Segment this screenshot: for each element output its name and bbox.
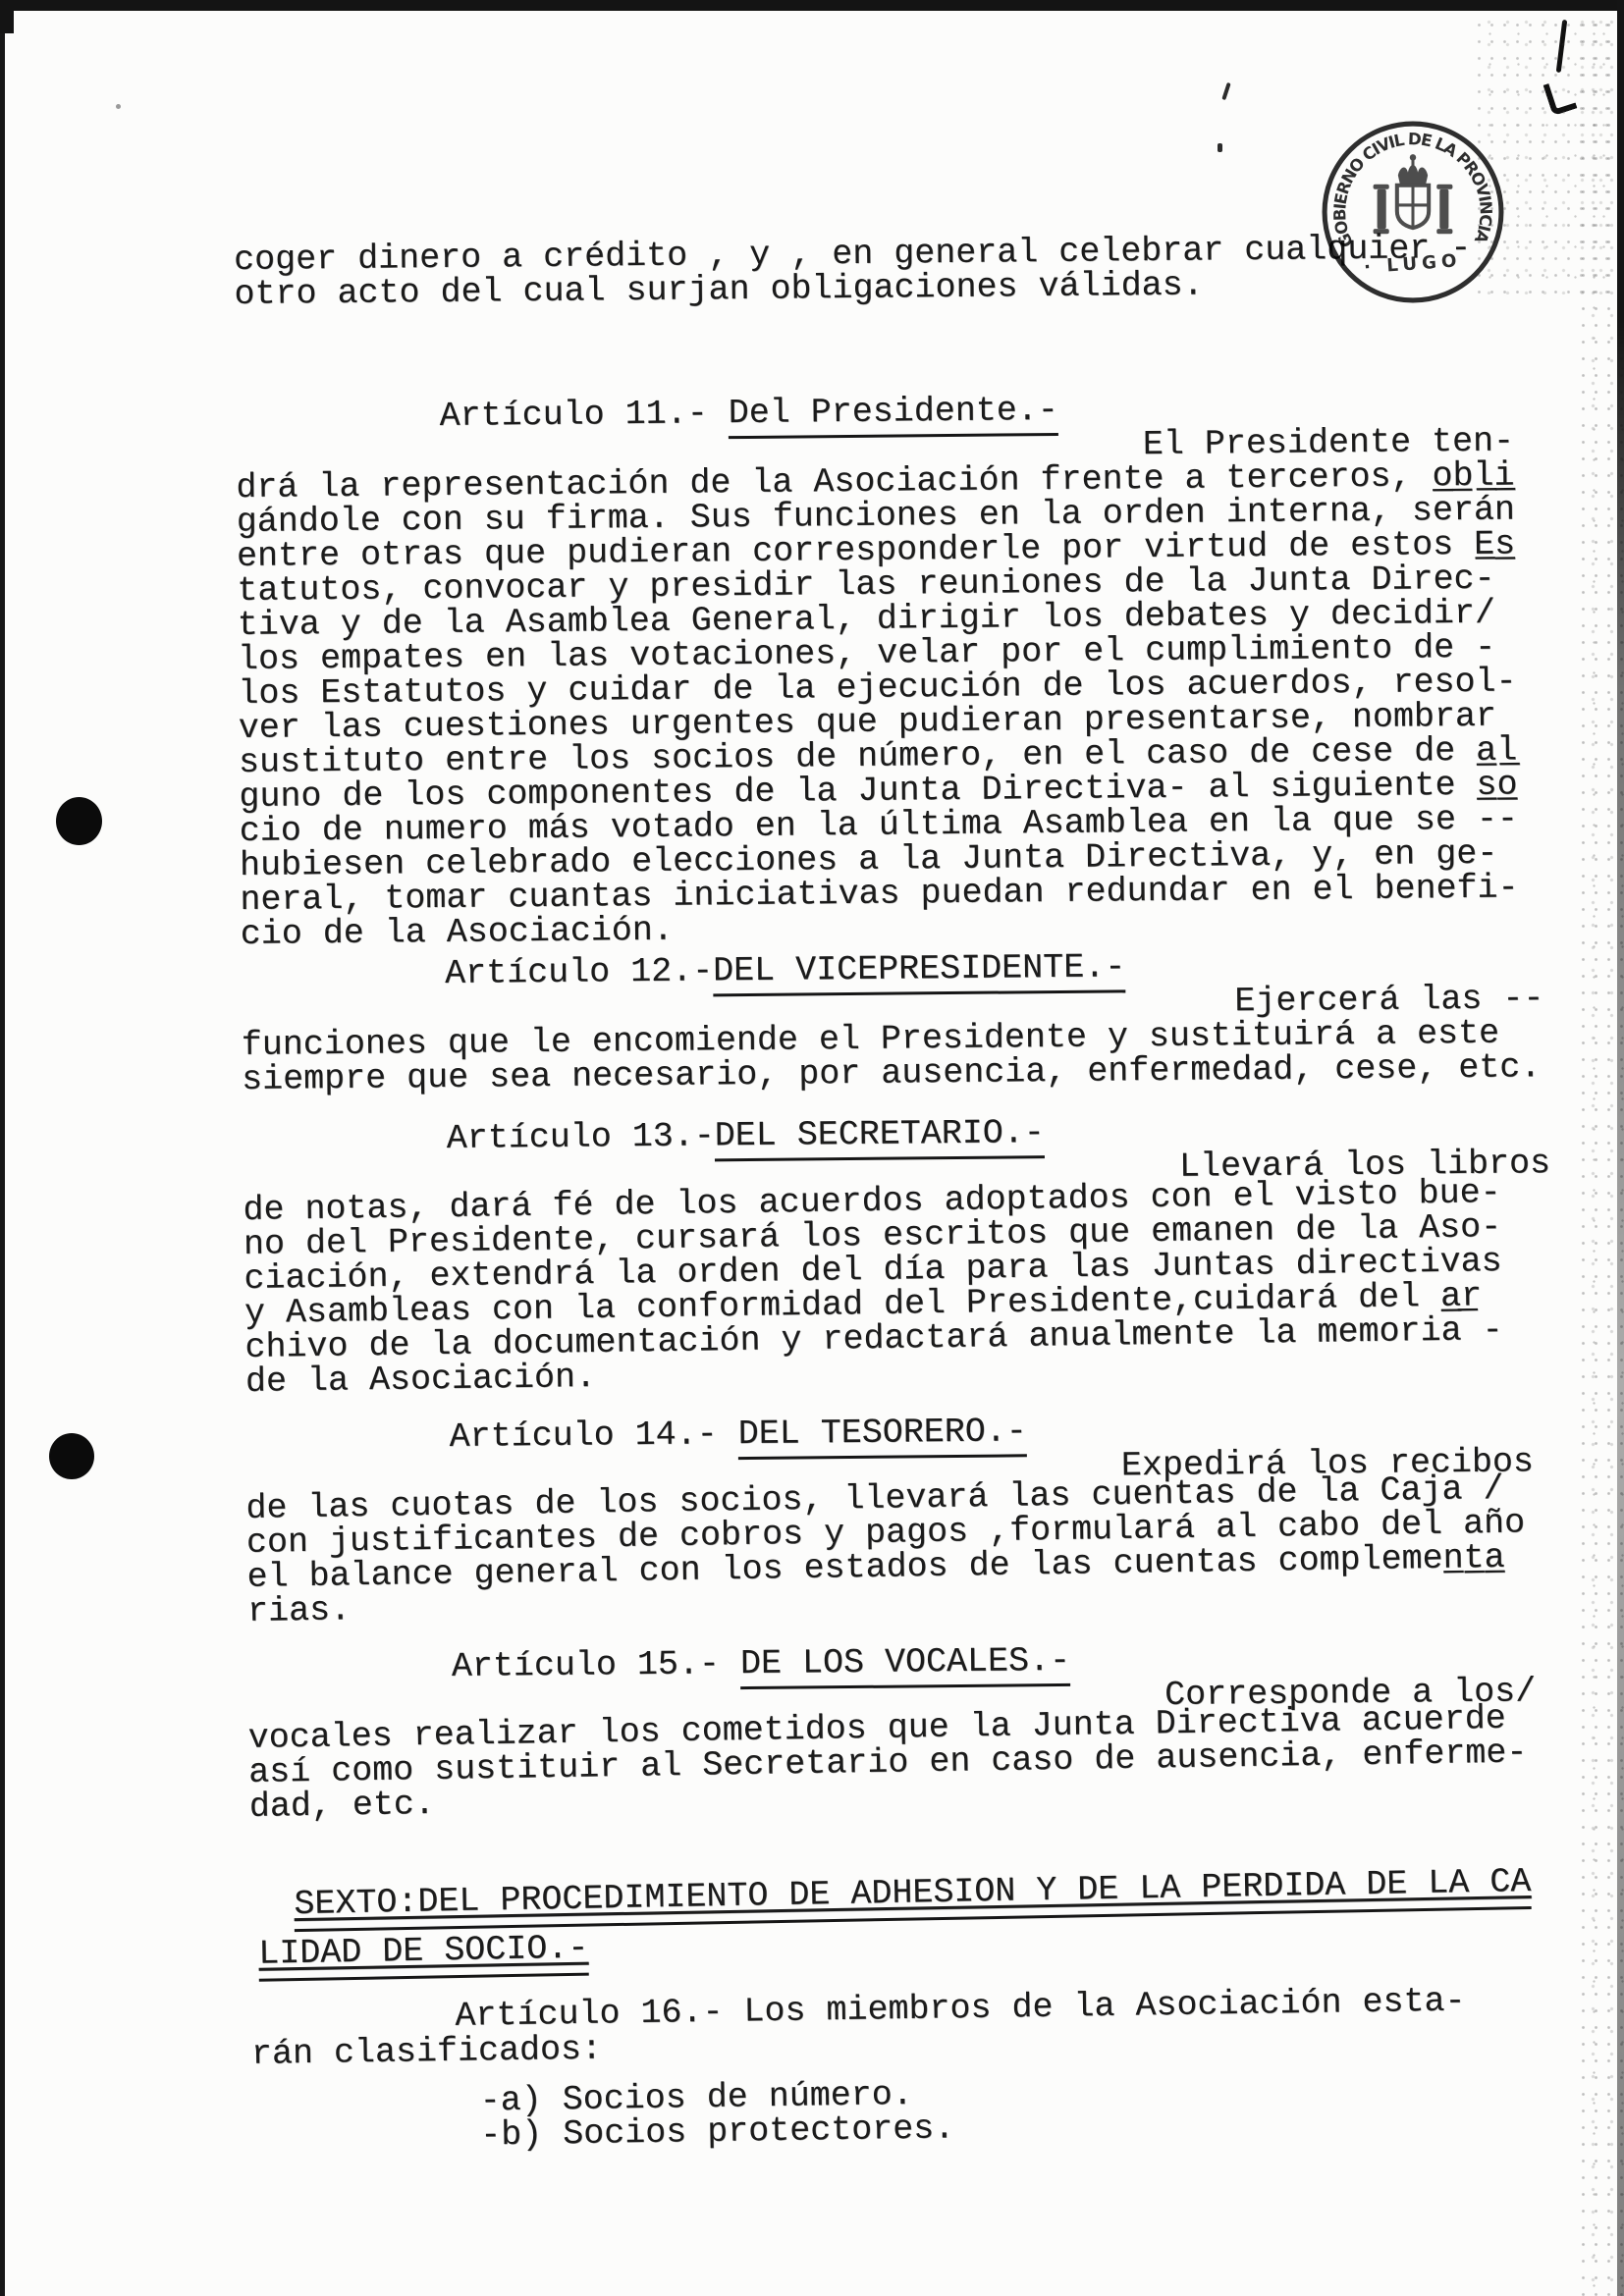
ink-speck-1 [1221, 82, 1230, 100]
article-12-number: Artículo 12.- [445, 951, 713, 993]
scan-corner-notch [0, 0, 14, 33]
article-15-title: DE LOS VOCALES.- [740, 1641, 1070, 1689]
section-line-2-text: LIDAD DE SOCIO.- [258, 1931, 589, 1982]
scan-edge-left [0, 0, 5, 2296]
article-15-body: vocales realizar los cometidos que la Ju… [247, 1700, 1596, 1825]
article-13: Artículo 13.-DEL SECRETARIO.- Llevará lo… [243, 1110, 1593, 1400]
article-16: Artículo 16.- Los miembros de la Asociac… [250, 1982, 1599, 2157]
article-12-title: DEL VICEPRESIDENTE.- [713, 947, 1126, 996]
hole-punch-top [56, 797, 102, 845]
stamp-svg: GOBIERNO CIVIL DE LA PROVINCIA · LUGO [1319, 118, 1507, 306]
section-heading-sexto: SEXTO:DEL PROCEDIMIENTO DE ADHESION Y DE… [249, 1863, 1598, 1982]
article-14: Artículo 14.- DEL TESORERO.- Expedirá lo… [245, 1409, 1595, 1629]
handwritten-mark-1 [1556, 20, 1568, 73]
article-15-number: Artículo 15.- [452, 1644, 740, 1686]
article-15: Artículo 15.- DE LOS VOCALES.- Correspon… [247, 1638, 1597, 1825]
article-11-body: drá la representación de la Asociación f… [236, 458, 1588, 952]
article-11-number: Artículo 11.- [440, 394, 729, 436]
article-11-title: Del Presidente.- [729, 391, 1058, 439]
article-12: Artículo 12.-DEL VICEPRESIDENTE.- Ejerce… [241, 945, 1589, 1097]
scan-edge-right [1617, 0, 1624, 2296]
ink-speck-2 [1218, 143, 1222, 152]
handwritten-mark-2 [1543, 78, 1578, 116]
scanned-document-page: GOBIERNO CIVIL DE LA PROVINCIA · LUGO co… [0, 0, 1624, 2296]
scan-edge-top [0, 0, 1624, 11]
article-14-number: Artículo 14.- [449, 1415, 737, 1457]
article-12-body: funciones que le encomiende el President… [242, 1016, 1590, 1097]
article-13-title: DEL SECRETARIO.- [715, 1113, 1045, 1161]
article-14-body: de las cuotas de los socios, llevará las… [245, 1470, 1595, 1629]
official-stamp: GOBIERNO CIVIL DE LA PROVINCIA · LUGO [1319, 118, 1507, 306]
article-13-body: de notas, dará fé de los acuerdos adopta… [243, 1175, 1593, 1400]
article-13-number: Artículo 13.- [447, 1116, 715, 1158]
hole-punch-bottom [49, 1433, 94, 1479]
article-11: Artículo 11.- Del Presidente.- El Presid… [236, 388, 1588, 952]
text-column: coger dinero a crédito , y , en general … [234, 231, 1599, 2157]
stamp-lugo-text: · LUGO [1363, 250, 1462, 278]
member-type-list: -a) Socios de número. -b) Socios protect… [251, 2068, 1599, 2157]
stamp-coat-of-arms [1374, 154, 1453, 234]
article-14-title: DEL TESORERO.- [738, 1412, 1027, 1460]
ink-speck-3 [116, 104, 121, 109]
